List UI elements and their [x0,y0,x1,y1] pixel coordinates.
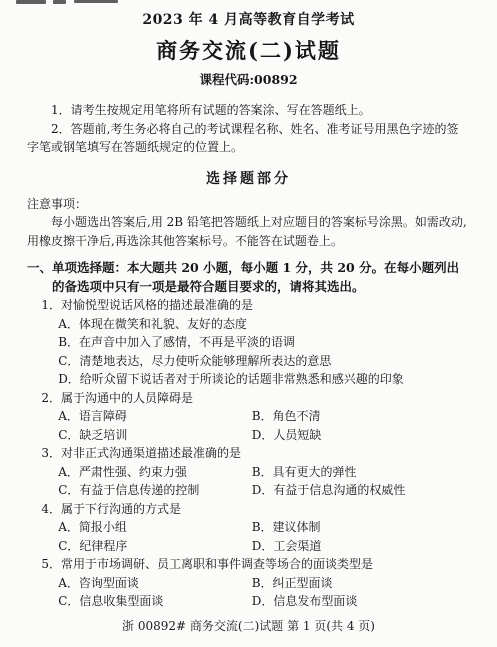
notice-body: 每小题选出答案后,用 2B 铅笔把答题纸上对应题目的答案标号涂黑。如需改动,用橡… [27,213,470,250]
cutoff-text-fragment [53,0,66,4]
option: A．体现在微笑和礼貌、友好的态度 [27,315,470,334]
option: A．简报小组 [58,518,252,537]
instruction-line: 1．请考生按规定用笔将所有试题的答案涂、写在答题纸上。 [27,101,470,120]
question-stem: 2．属于沟通中的人员障碍是 [27,389,470,408]
question-5: 5．常用于市场调研、员工离职和事件调查等场合的面谈类型是 A．咨询型面谈 B．纠… [27,555,470,611]
option: D．给听众留下说话者对于所谈论的话题非常熟悉和感兴趣的印象 [27,370,470,389]
options-grid: A．严肃性强、约束力强 B．具有更大的弹性 C．有益于信息传递的控制 D．有益于… [27,463,470,500]
questions-list: 1．对愉悦型说话风格的描述最准确的是 A．体现在微笑和礼貌、友好的态度 B．在声… [27,296,470,611]
question-stem: 4．属于下行沟通的方式是 [27,500,470,519]
option: C．信息收集型面谈 [58,592,252,611]
exam-session-title: 2023 年 4 月高等教育自学考试 [27,9,470,29]
question-1: 1．对愉悦型说话风格的描述最准确的是 A．体现在微笑和礼貌、友好的态度 B．在声… [27,296,470,389]
exam-page: 2023 年 4 月高等教育自学考试 商务交流(二)试题 课程代码:00892 … [0,9,497,611]
options-grid: A．语言障碍 B．角色不清 C．缺乏培训 D．人员短缺 [27,407,470,444]
option: B．纠正型面谈 [252,574,470,593]
option: D．有益于信息沟通的权威性 [252,481,470,500]
part-one-heading: 一、单项选择题：本大题共 20 小题，每小题 1 分，共 20 分。在每小题列出… [27,258,470,296]
question-stem: 3．对非正式沟通渠道描述最准确的是 [27,444,470,463]
option: B．在声音中加入了感情，不再是平淡的语调 [27,333,470,352]
option: A．语言障碍 [58,407,252,426]
page-footer: 浙 00892# 商务交流(二)试题 第 1 页(共 4 页) [0,617,497,634]
option: A．咨询型面谈 [58,574,252,593]
option: D．人员短缺 [252,426,470,445]
option: B．建议体制 [252,518,470,537]
question-stem: 1．对愉悦型说话风格的描述最准确的是 [27,296,470,315]
course-code: 课程代码:00892 [27,70,470,88]
option: B．具有更大的弹性 [252,463,470,482]
question-4: 4．属于下行沟通的方式是 A．简报小组 B．建议体制 C．纪律程序 D．工会渠道 [27,500,470,556]
options-grid: A．咨询型面谈 B．纠正型面谈 C．信息收集型面谈 D．信息发布型面谈 [27,574,470,611]
question-3: 3．对非正式沟通渠道描述最准确的是 A．严肃性强、约束力强 B．具有更大的弹性 … [27,444,470,500]
options-grid: A．简报小组 B．建议体制 C．纪律程序 D．工会渠道 [27,518,470,555]
option: D．信息发布型面谈 [252,592,470,611]
cutoff-text-fragment [16,0,46,4]
option: C．清楚地表达，尽力使听众能够理解所表达的意思 [27,352,470,371]
notice-label: 注意事项： [27,195,470,214]
option: D．工会渠道 [252,537,470,556]
notice-block: 注意事项： 每小题选出答案后,用 2B 铅笔把答题纸上对应题目的答案标号涂黑。如… [27,195,470,251]
question-2: 2．属于沟通中的人员障碍是 A．语言障碍 B．角色不清 C．缺乏培训 D．人员短… [27,389,470,445]
instruction-line: 2．答题前,考生务必将自己的考试课程名称、姓名、准考证号用黑色字迹的签字笔或钢笔… [27,120,470,157]
option: C．有益于信息传递的控制 [58,481,252,500]
option: C．缺乏培训 [58,426,252,445]
section-title: 选择题部分 [27,168,470,188]
general-instructions: 1．请考生按规定用笔将所有试题的答案涂、写在答题纸上。 2．答题前,考生务必将自… [27,101,470,157]
option: A．严肃性强、约束力强 [58,463,252,482]
option: C．纪律程序 [58,537,252,556]
cutoff-text-fragment [74,0,118,3]
exam-subject-title: 商务交流(二)试题 [27,35,470,65]
option: B．角色不清 [252,407,470,426]
question-stem: 5．常用于市场调研、员工离职和事件调查等场合的面谈类型是 [27,555,470,574]
